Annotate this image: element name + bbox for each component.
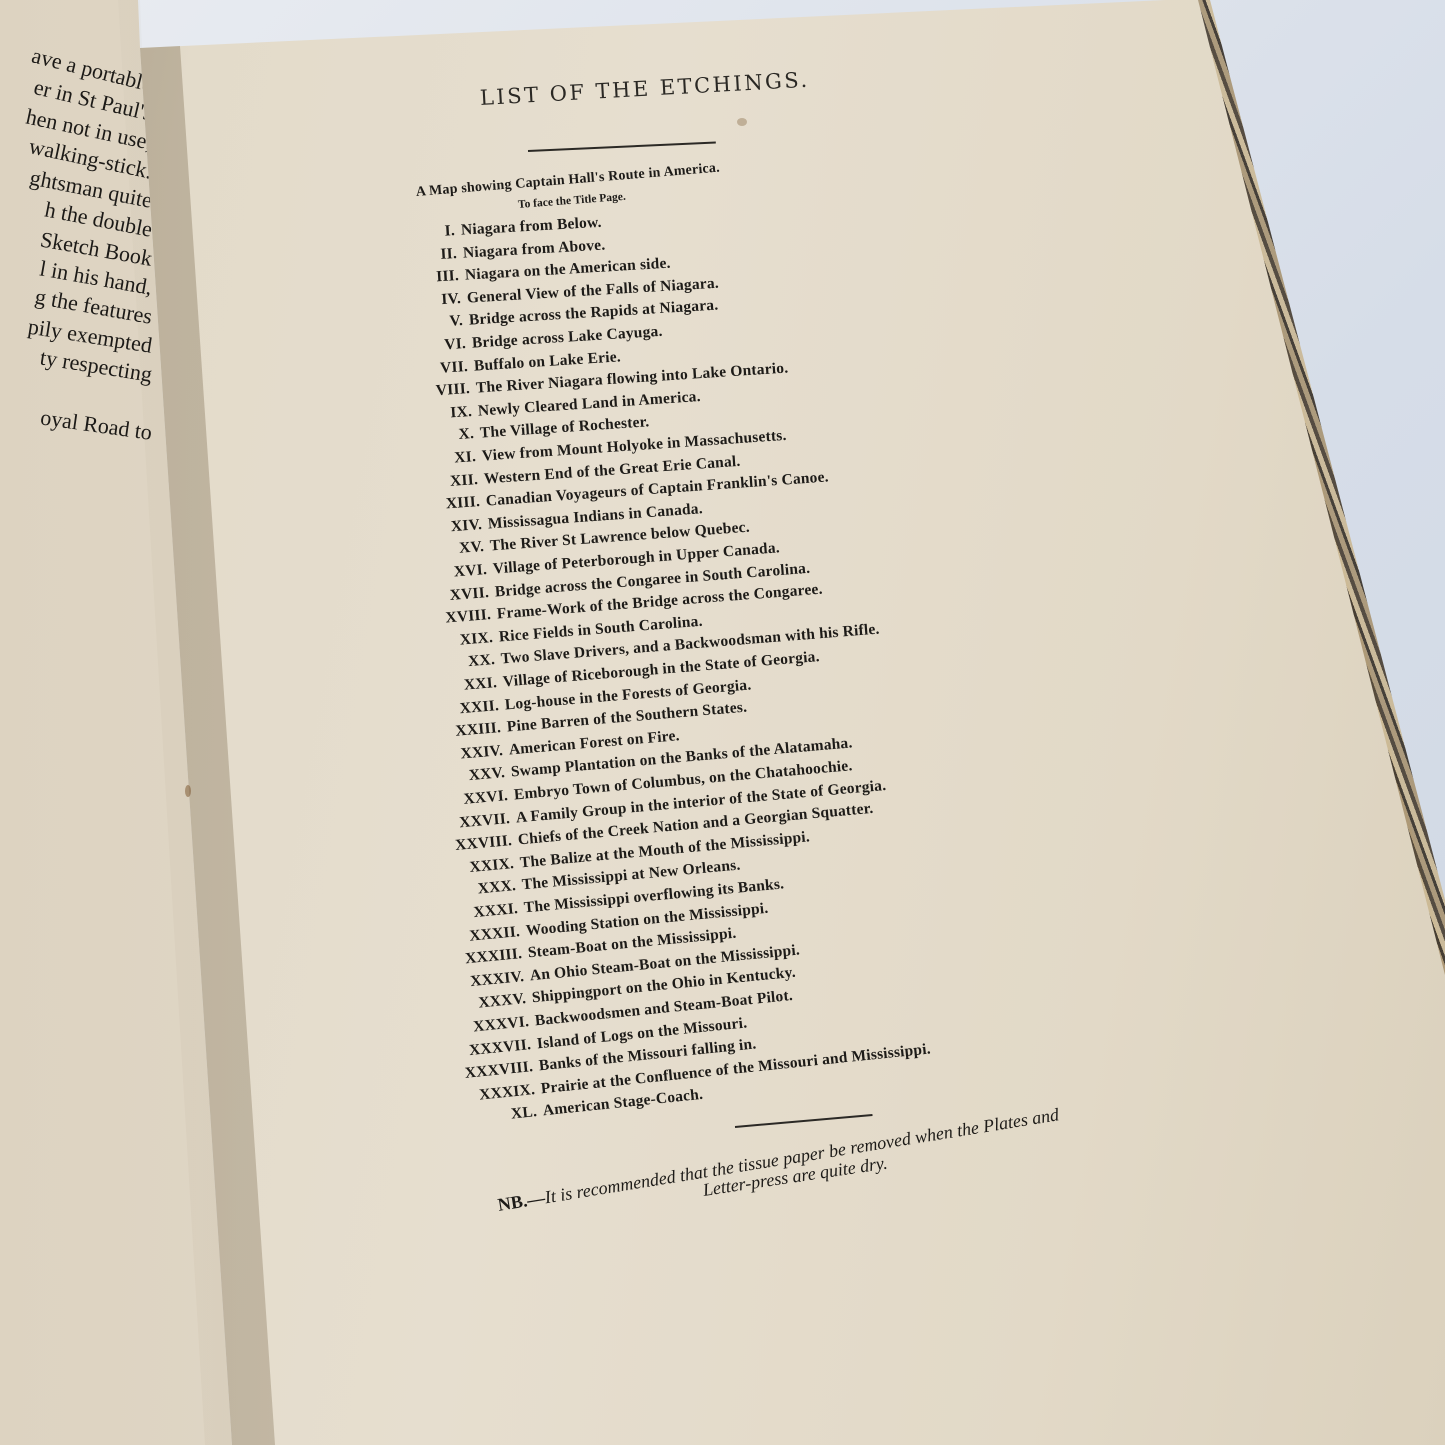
plate-number: VII.	[347, 358, 468, 384]
plate-number: VIII.	[349, 380, 470, 406]
plate-number: II.	[337, 245, 458, 270]
plate-number: I.	[335, 222, 456, 247]
plate-title: Niagara from Below.	[460, 214, 602, 239]
plate-number: IX.	[351, 403, 472, 429]
plate-number: XV.	[364, 538, 485, 565]
plate-number: V.	[343, 312, 464, 337]
plate-number: XI.	[356, 448, 477, 474]
plate-number: III.	[339, 267, 460, 292]
etchings-list-page: LIST OF THE ETCHINGS. A Map showing Capt…	[0, 0, 1445, 1445]
plate-number: IV.	[341, 290, 462, 315]
plate-number: XVIII.	[370, 606, 491, 633]
plate-title: Niagara from Above.	[463, 236, 606, 261]
plate-number: XVI.	[366, 561, 487, 588]
list-end-rule	[735, 1114, 873, 1128]
plate-number: XIII.	[360, 493, 481, 519]
plate-number: XII.	[358, 471, 479, 497]
plate-title: Buffalo on Lake Erie.	[473, 348, 621, 374]
ink-smudge	[737, 118, 747, 126]
page-title: LIST OF THE ETCHINGS.	[479, 68, 810, 110]
title-rule	[528, 141, 716, 152]
map-entry-subtitle: To face the Title Page.	[518, 191, 627, 211]
paper-stain	[185, 785, 191, 797]
plate-number: X.	[354, 425, 475, 451]
footnote-prefix: NB.—	[496, 1188, 546, 1215]
plate-number: XXI.	[377, 674, 498, 702]
footnote-line-1: NB.—It is recommended that the tissue pa…	[496, 1104, 1060, 1216]
plate-number: VI.	[345, 335, 466, 360]
